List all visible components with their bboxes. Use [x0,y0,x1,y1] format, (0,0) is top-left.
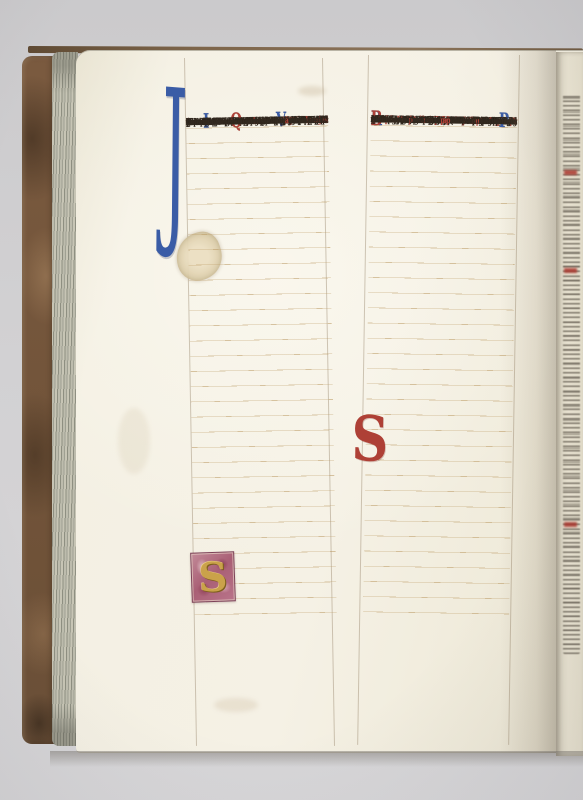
manuscript-photo: J Tristicia vr̄a d'· viter' i gaud' d' p… [0,0,583,800]
photo-vignette [0,0,583,800]
